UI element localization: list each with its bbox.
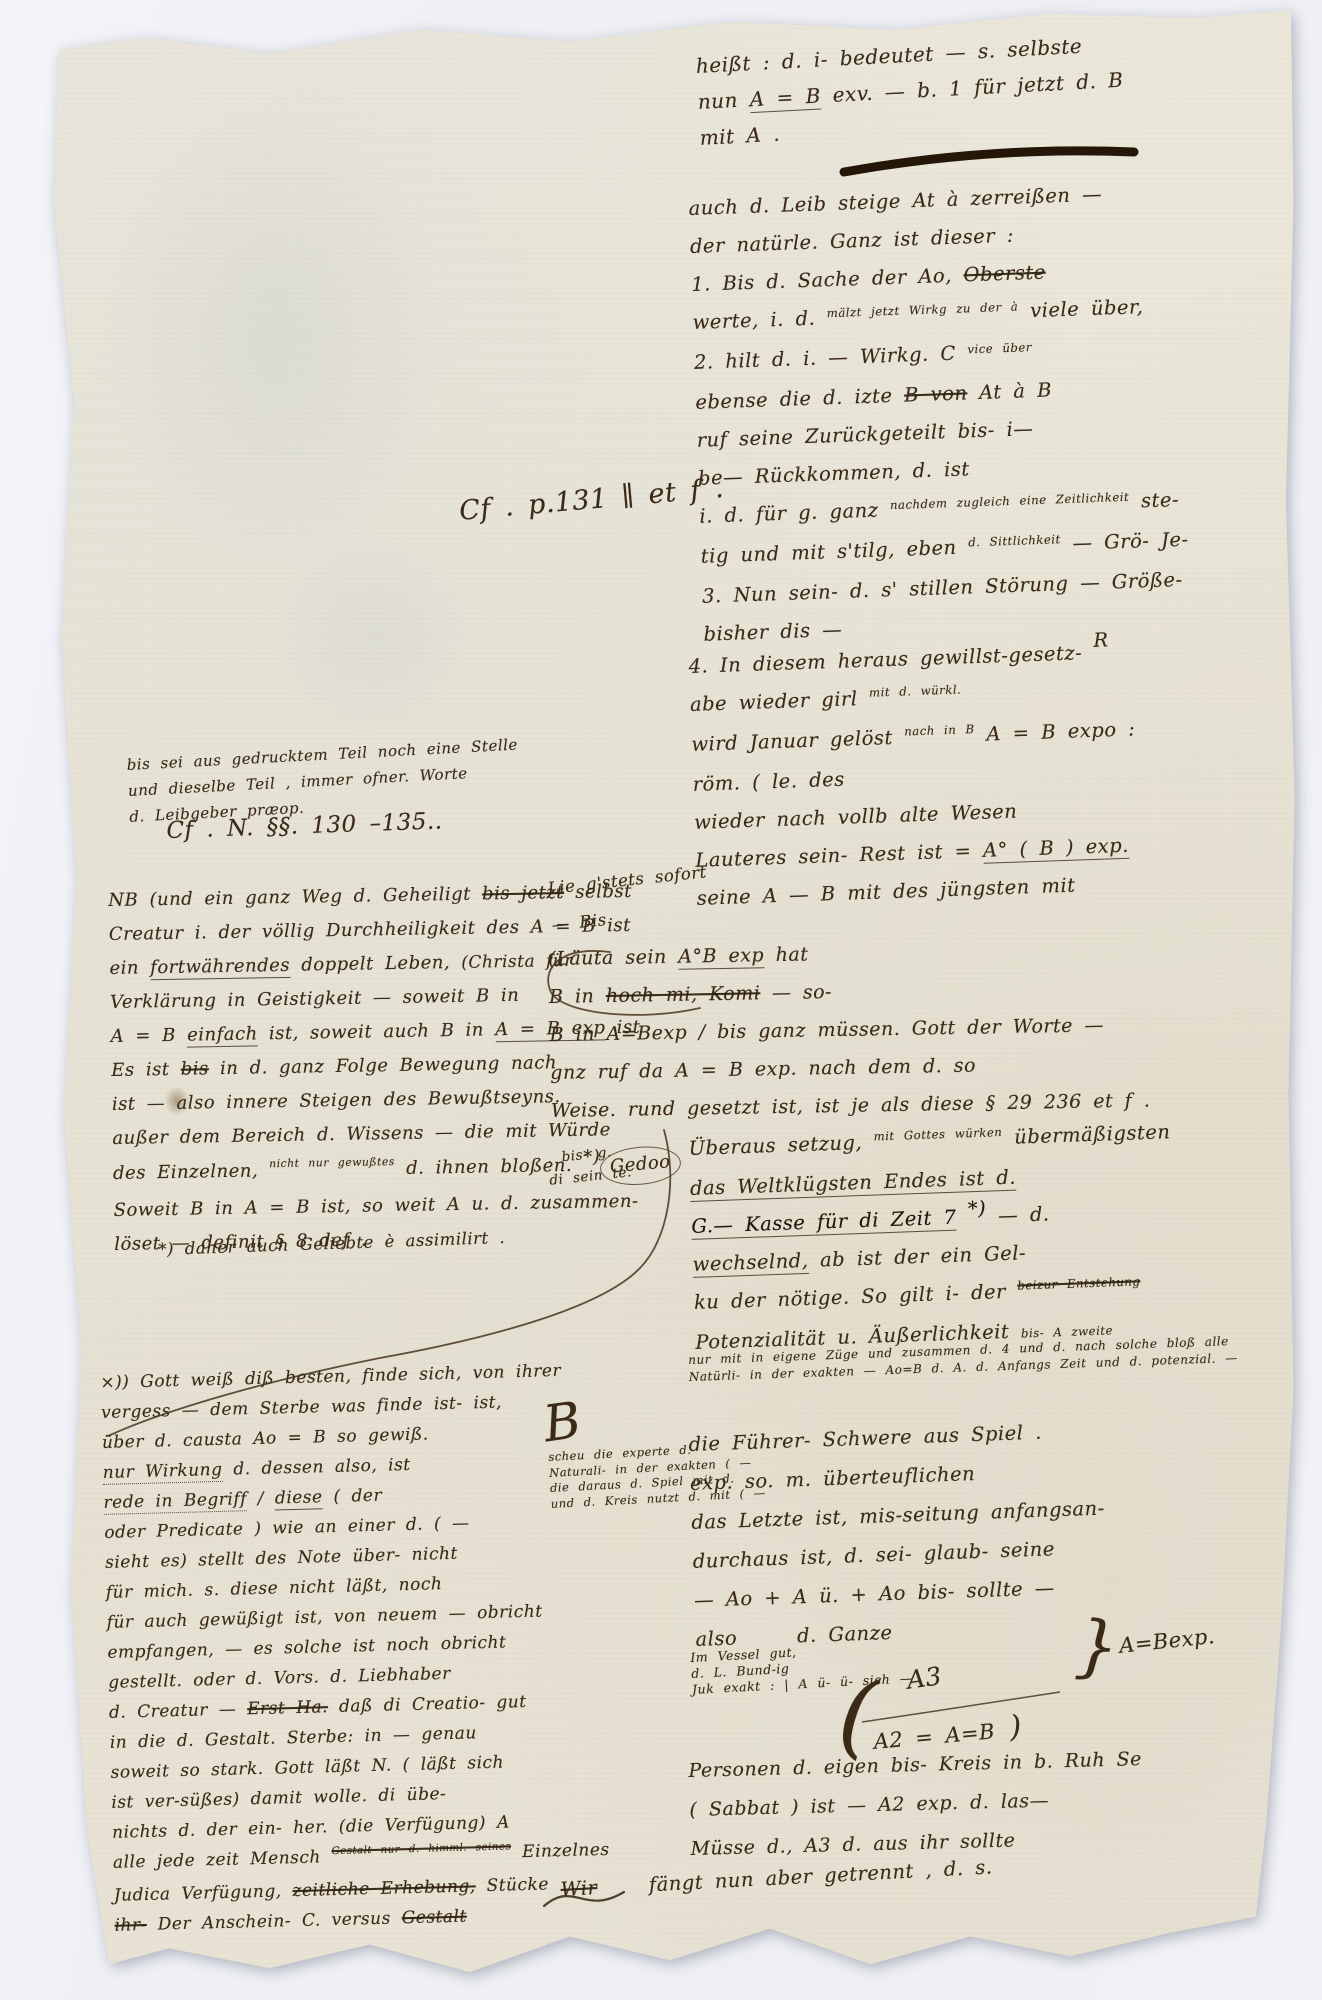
manuscript-scan: Cf . p.131 ∥ et f .bis sei aus gedruckte… bbox=[0, 0, 1322, 2000]
left-reference-p131: Cf . p.131 ∥ et f . bbox=[458, 473, 725, 527]
right-paragraph-4: Überaus setzug, mit Gottes würken übermä… bbox=[688, 1113, 1178, 1364]
left-large-B-flourish-line: B bbox=[540, 1391, 585, 1454]
formula-brace: } bbox=[1072, 1606, 1121, 1688]
right-paragraph-3: (Läuta sein A°B exp hatB in hoch mi, Kom… bbox=[548, 930, 1151, 1130]
formula-abexp: A=Bexp. bbox=[1118, 1624, 1216, 1658]
right-margin-bits: Lie g'stets sofort— Bis bbox=[546, 853, 712, 943]
right-intro: heißt : d. i- bedeutet — s. selbstenun A… bbox=[695, 26, 1126, 156]
left-reference-p131-line: Cf . p.131 ∥ et f . bbox=[458, 473, 725, 527]
right-paragraph-1: auch d. Leib steige At à zerreißen —der … bbox=[688, 173, 1192, 654]
right-paragraph-6: Personen d. eigen bis- Kreis in b. Ruh S… bbox=[688, 1740, 1144, 1869]
manuscript-paper: Cf . p.131 ∥ et f .bis sei aus gedruckte… bbox=[44, 6, 1296, 1984]
right-small-stack: Im Vessel gut,d. L. Bund-igJuk exakt : |… bbox=[690, 1638, 913, 1697]
formula-abexp-line: A=Bexp. bbox=[1118, 1624, 1216, 1658]
right-paragraph-5: die Führer- Schwere aus Spiel .exp. so. … bbox=[688, 1411, 1109, 1659]
right-paragraph-2: 4. In diesem heraus gewillst-gesetz- Rab… bbox=[688, 633, 1141, 918]
right-margin-small: . bis- g.di sein te. bbox=[546, 1139, 633, 1191]
left-large-B-flourish: B bbox=[540, 1391, 585, 1454]
handwriting-ink-layer: Cf . p.131 ∥ et f .bis sei aus gedruckte… bbox=[44, 6, 1296, 1984]
left-lower-paragraph: ×)) Gott weiß diß besten, finde sich, vo… bbox=[100, 1355, 612, 1941]
paper-shadow: Cf . p.131 ∥ et f .bis sei aus gedruckte… bbox=[44, 6, 1296, 1984]
formula-brace-line: } bbox=[1072, 1606, 1121, 1688]
